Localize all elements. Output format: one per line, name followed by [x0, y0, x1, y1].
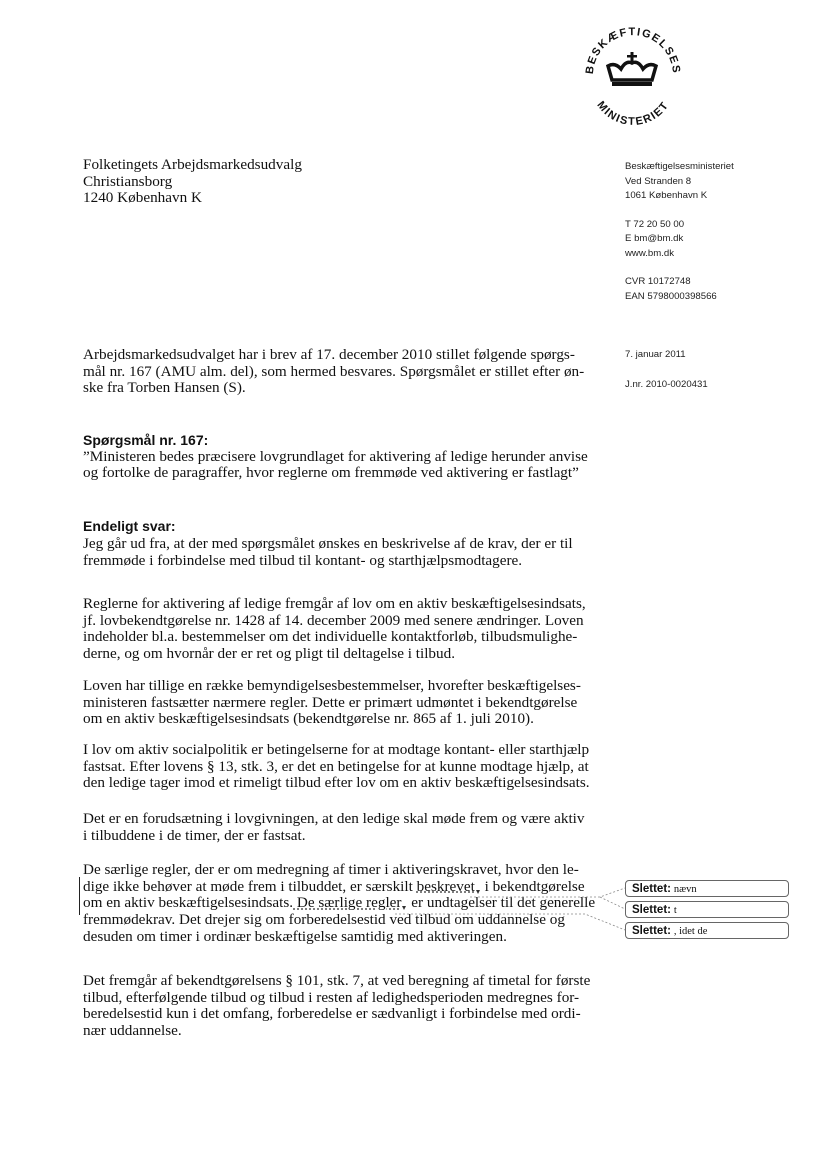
sender-ean: EAN 5798000398566 [625, 290, 815, 305]
text-segment: dige ikke behøver at møde frem i tilbudd… [83, 878, 417, 895]
answer-paragraph: Jeg går ud fra, at der med spørgsmålet ø… [83, 536, 593, 569]
text-line: mål nr. 167 (AMU alm. del), som hermed b… [83, 364, 593, 381]
answer-heading: Endeligt svar: [83, 518, 593, 535]
answer-paragraph: Loven har tillige en række bemyndigelses… [83, 678, 593, 728]
sender-city: 1061 København K [625, 189, 815, 204]
text-line: fremmødekrav. Det drejer sig om forbered… [83, 912, 593, 929]
text-line: fremmøde i forbindelse med tilbud til ko… [83, 553, 593, 570]
inserted-text[interactable]: De særlige regler [293, 894, 401, 911]
recipient-address: Folketingets Arbejdsmarkedsudvalg Christ… [83, 157, 403, 207]
deletion-marker[interactable] [476, 890, 480, 894]
balloon-text: t [674, 905, 677, 916]
ministry-logo: BESKÆFTIGELSES MINISTERIET [572, 14, 692, 134]
recipient-line: 1240 København K [83, 190, 403, 207]
question-line: ”Ministeren bedes præcisere lovgrundlage… [83, 449, 593, 466]
sender-street: Ved Stranden 8 [625, 175, 815, 190]
text-line: Arbejdsmarkedsudvalget har i brev af 17.… [83, 347, 593, 364]
balloon-text: , idet de [674, 926, 708, 937]
text-line: Jeg går ud fra, at der med spørgsmålet ø… [83, 536, 593, 553]
text-line: den ledige tager imod et rimeligt tilbud… [83, 775, 593, 792]
answer-paragraph: I lov om aktiv socialpolitik er betingel… [83, 742, 593, 792]
letter-date: 7. januar 2011 [625, 348, 815, 363]
question-section: Spørgsmål nr. 167: ”Ministeren bedes præ… [83, 432, 593, 482]
text-line: jf. lovbekendtgørelse nr. 1428 af 14. de… [83, 613, 593, 630]
journal-number: J.nr. 2010-0020431 [625, 378, 815, 393]
text-line: fastsat. Efter lovens § 13, stk. 3, er d… [83, 759, 593, 776]
text-line: ministeren fastsætter nærmere regler. De… [83, 695, 593, 712]
text-line: tilbud, efterfølgende tilbud og tilbud i… [83, 990, 593, 1007]
text-line: desuden om timer i ordinær beskæftigelse… [83, 929, 593, 946]
text-line: dige ikke behøver at møde frem i tilbudd… [83, 879, 593, 896]
sender-web[interactable]: www.bm.dk [625, 247, 815, 262]
revision-change-bar [79, 877, 80, 915]
text-segment: i bekendtgørelse [481, 878, 585, 895]
recipient-line: Folketingets Arbejdsmarkedsudvalg [83, 157, 403, 174]
text-line: indeholder bl.a. bestemmelser om det ind… [83, 629, 593, 646]
answer-paragraph: Det er en forudsætning i lovgivningen, a… [83, 811, 593, 844]
text-line: Reglerne for aktivering af ledige fremgå… [83, 596, 593, 613]
text-segment: om en aktiv beskæftigelsesindsats. [83, 894, 293, 911]
text-segment: er undtagelser til det generelle [407, 894, 595, 911]
revision-balloon[interactable]: Slettet: , idet de [625, 922, 789, 939]
text-line: beredelsestid kun i det omfang, forbered… [83, 1006, 593, 1023]
answer-paragraph: Reglerne for aktivering af ledige fremgå… [83, 596, 593, 663]
text-line: Det er en forudsætning i lovgivningen, a… [83, 811, 593, 828]
deletion-marker[interactable] [402, 906, 406, 910]
text-line: nær uddannelse. [83, 1023, 593, 1040]
balloon-text: nævn [674, 884, 697, 895]
question-heading: Spørgsmål nr. 167: [83, 432, 593, 449]
intro-paragraph: Arbejdsmarkedsudvalget har i brev af 17.… [83, 347, 593, 397]
revision-balloon[interactable]: Slettet: t [625, 901, 789, 918]
balloon-label: Slettet: [632, 904, 671, 916]
text-line: om en aktiv beskæftigelsesindsats (beken… [83, 711, 593, 728]
text-line: i tilbuddene i de timer, der er fastsat. [83, 828, 593, 845]
sender-name: Beskæftigelsesministeriet [625, 160, 815, 175]
revision-balloon[interactable]: Slettet: nævn [625, 880, 789, 897]
answer-paragraph-tracked: De særlige regler, der er om medregning … [83, 862, 593, 946]
question-line: og fortolke de paragraffer, hvor reglern… [83, 465, 593, 482]
text-line: ske fra Torben Hansen (S). [83, 380, 593, 397]
text-line: om en aktiv beskæftigelsesindsats. De sæ… [83, 895, 593, 912]
letter-meta: 7. januar 2011 J.nr. 2010-0020431 [625, 348, 815, 407]
recipient-line: Christiansborg [83, 174, 403, 191]
text-line: Det fremgår af bekendtgørelsens § 101, s… [83, 973, 593, 990]
answer-heading-block: Endeligt svar: [83, 518, 593, 535]
balloon-label: Slettet: [632, 883, 671, 895]
sender-cvr: CVR 10172748 [625, 275, 815, 290]
crown-icon [608, 52, 656, 86]
answer-paragraph: Det fremgår af bekendtgørelsens § 101, s… [83, 973, 593, 1040]
text-line: Loven har tillige en række bemyndigelses… [83, 678, 593, 695]
balloon-label: Slettet: [632, 925, 671, 937]
inserted-text[interactable]: beskrevet [417, 878, 475, 895]
sender-email[interactable]: E bm@bm.dk [625, 232, 815, 247]
text-line: I lov om aktiv socialpolitik er betingel… [83, 742, 593, 759]
logo-arc-bottom: MINISTERIET [594, 99, 671, 128]
sender-phone: T 72 20 50 00 [625, 218, 815, 233]
sender-info: Beskæftigelsesministeriet Ved Stranden 8… [625, 160, 815, 304]
text-line: derne, og om hvornår der er ret og pligt… [83, 646, 593, 663]
logo-arc-top: BESKÆFTIGELSES [584, 26, 682, 75]
text-line: De særlige regler, der er om medregning … [83, 862, 593, 879]
svg-text:MINISTERIET: MINISTERIET [594, 99, 671, 128]
svg-text:BESKÆFTIGELSES: BESKÆFTIGELSES [584, 26, 682, 75]
